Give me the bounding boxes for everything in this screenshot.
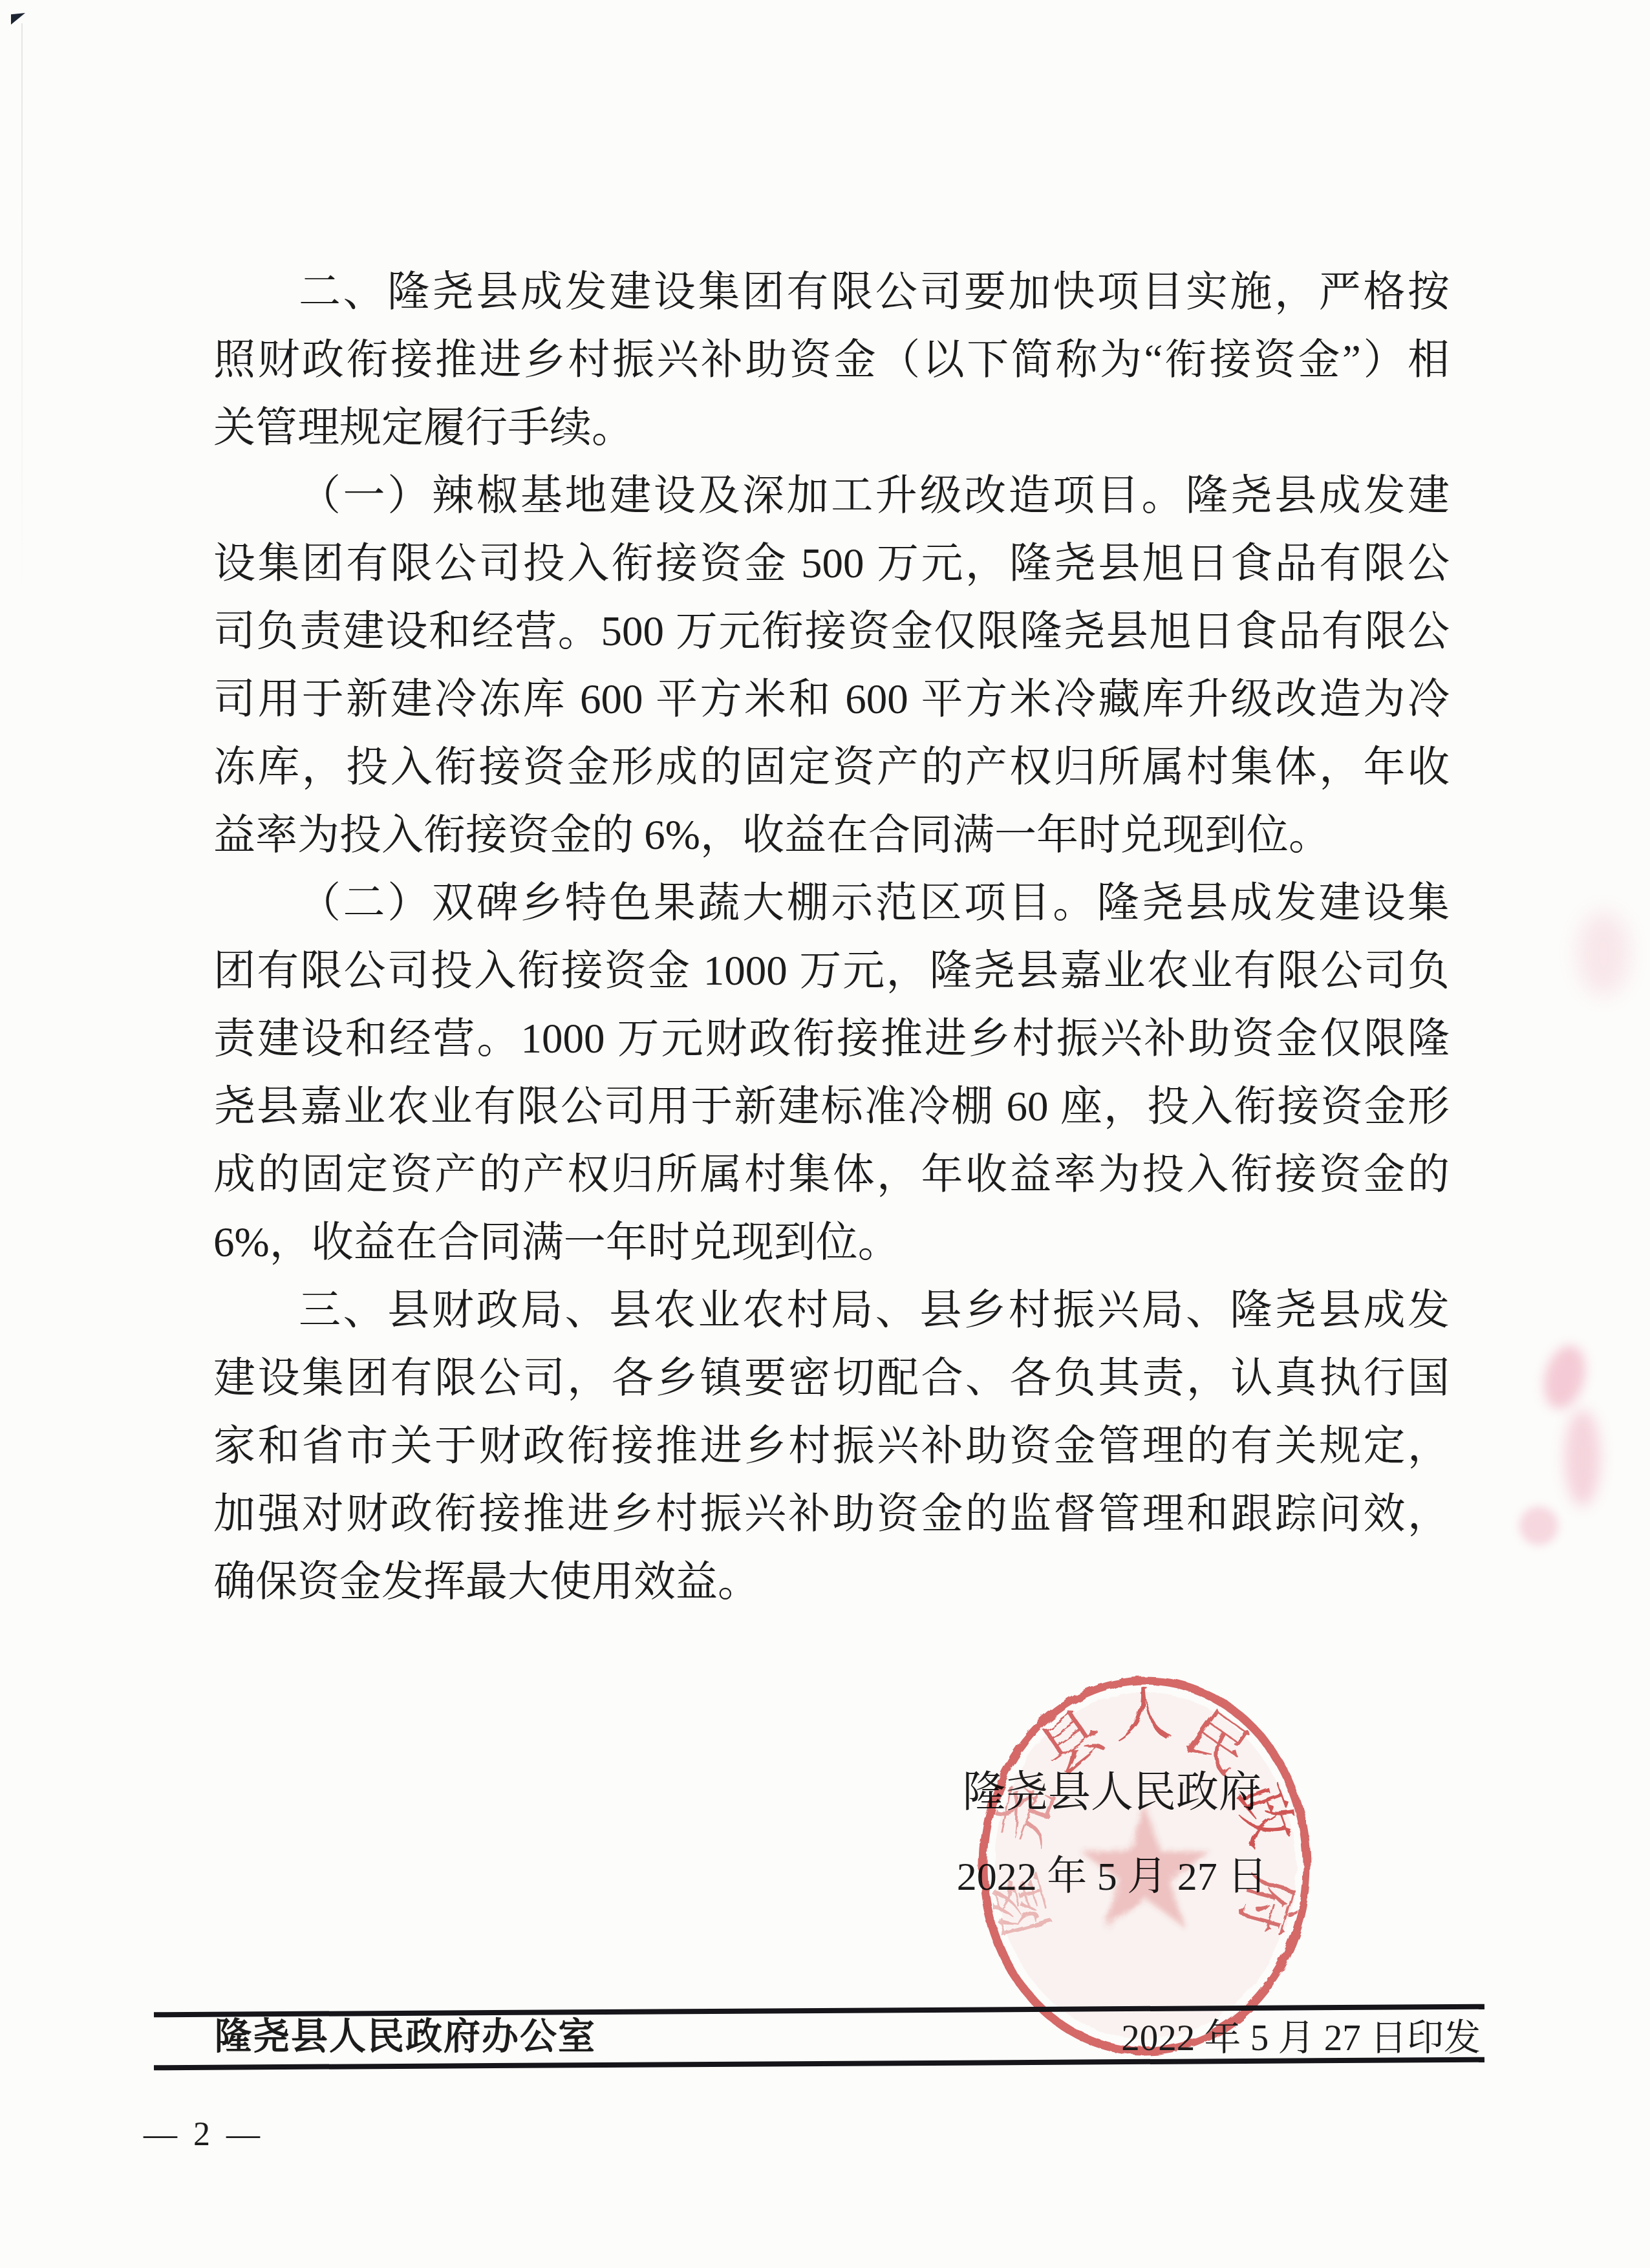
footer-print-date: 2022 年 5 月 27 日印发 <box>970 2017 1481 2060</box>
seal-char: 人 <box>1115 1683 1175 1749</box>
ink-smudge <box>1537 1341 1592 1413</box>
ink-smudge <box>1519 1506 1558 1545</box>
body-line: 二、隆尧县成发建设集团有限公司要加快项目实施，严格按 <box>213 259 1450 326</box>
footer-rule-bottom <box>154 2057 1484 2071</box>
ink-smudge <box>1565 1409 1600 1506</box>
body-line: （一）辣椒基地建设及深加工升级改造项目。隆尧县成发建 <box>213 462 1450 530</box>
body-line: 成的固定资产的产权归所属村集体，年收益率为投入衔接资金的 <box>213 1141 1450 1209</box>
body-line: 照财政衔接推进乡村振兴补助资金（以下简称为“衔接资金”）相 <box>213 326 1450 394</box>
document-body: 二、隆尧县成发建设集团有限公司要加快项目实施，严格按 照财政衔接推进乡村振兴补助… <box>213 259 1450 1616</box>
body-line: 三、县财政局、县农业农村局、县乡村振兴局、隆尧县成发 <box>213 1277 1450 1345</box>
corner-fold-mark <box>11 13 25 25</box>
body-line: 确保资金发挥最大使用效益。 <box>213 1548 1450 1616</box>
body-line: 建设集团有限公司，各乡镇要密切配合、各负其责，认真执行国 <box>213 1345 1450 1413</box>
body-line: 尧县嘉业农业有限公司用于新建标准冷棚 60 座，投入衔接资金形 <box>213 1073 1450 1141</box>
body-line: 加强对财政衔接推进乡村振兴补助资金的监督管理和跟踪问效， <box>213 1481 1450 1548</box>
body-line: 司用于新建冷冻库 600 平方米和 600 平方米冷藏库升级改造为冷 <box>213 666 1450 734</box>
body-line: 责建设和经营。1000 万元财政衔接推进乡村振兴补助资金仅限隆 <box>213 1005 1450 1073</box>
body-line: 6%，收益在合同满一年时兑现到位。 <box>213 1209 1450 1277</box>
body-line: 团有限公司投入衔接资金 1000 万元，隆尧县嘉业农业有限公司负 <box>213 937 1450 1005</box>
scan-edge-line <box>21 23 23 592</box>
page-number: — 2 — <box>144 2115 264 2154</box>
body-line: 司负责建设和经营。500 万元衔接资金仅限隆尧县旭日食品有限公 <box>213 598 1450 666</box>
ink-smudge <box>1578 912 1629 996</box>
document-page: 二、隆尧县成发建设集团有限公司要加快项目实施，严格按 照财政衔接推进乡村振兴补助… <box>0 0 1650 2268</box>
body-line: 关管理规定履行手续。 <box>213 394 1450 462</box>
body-line: 益率为投入衔接资金的 6%，收益在合同满一年时兑现到位。 <box>213 802 1450 870</box>
body-line: 家和省市关于财政衔接推进乡村振兴补助资金管理的有关规定， <box>213 1413 1450 1481</box>
footer-office: 隆尧县人民政府办公室 <box>215 2016 596 2059</box>
body-line: 设集团有限公司投入衔接资金 500 万元，隆尧县旭日食品有限公 <box>213 530 1450 598</box>
body-line: （二）双碑乡特色果蔬大棚示范区项目。隆尧县成发建设集 <box>213 870 1450 937</box>
body-line: 冻库，投入衔接资金形成的固定资产的产权归所属村集体，年收 <box>213 734 1450 802</box>
official-seal: 隆 尧 县 人 民 政 府 <box>972 1671 1318 2061</box>
